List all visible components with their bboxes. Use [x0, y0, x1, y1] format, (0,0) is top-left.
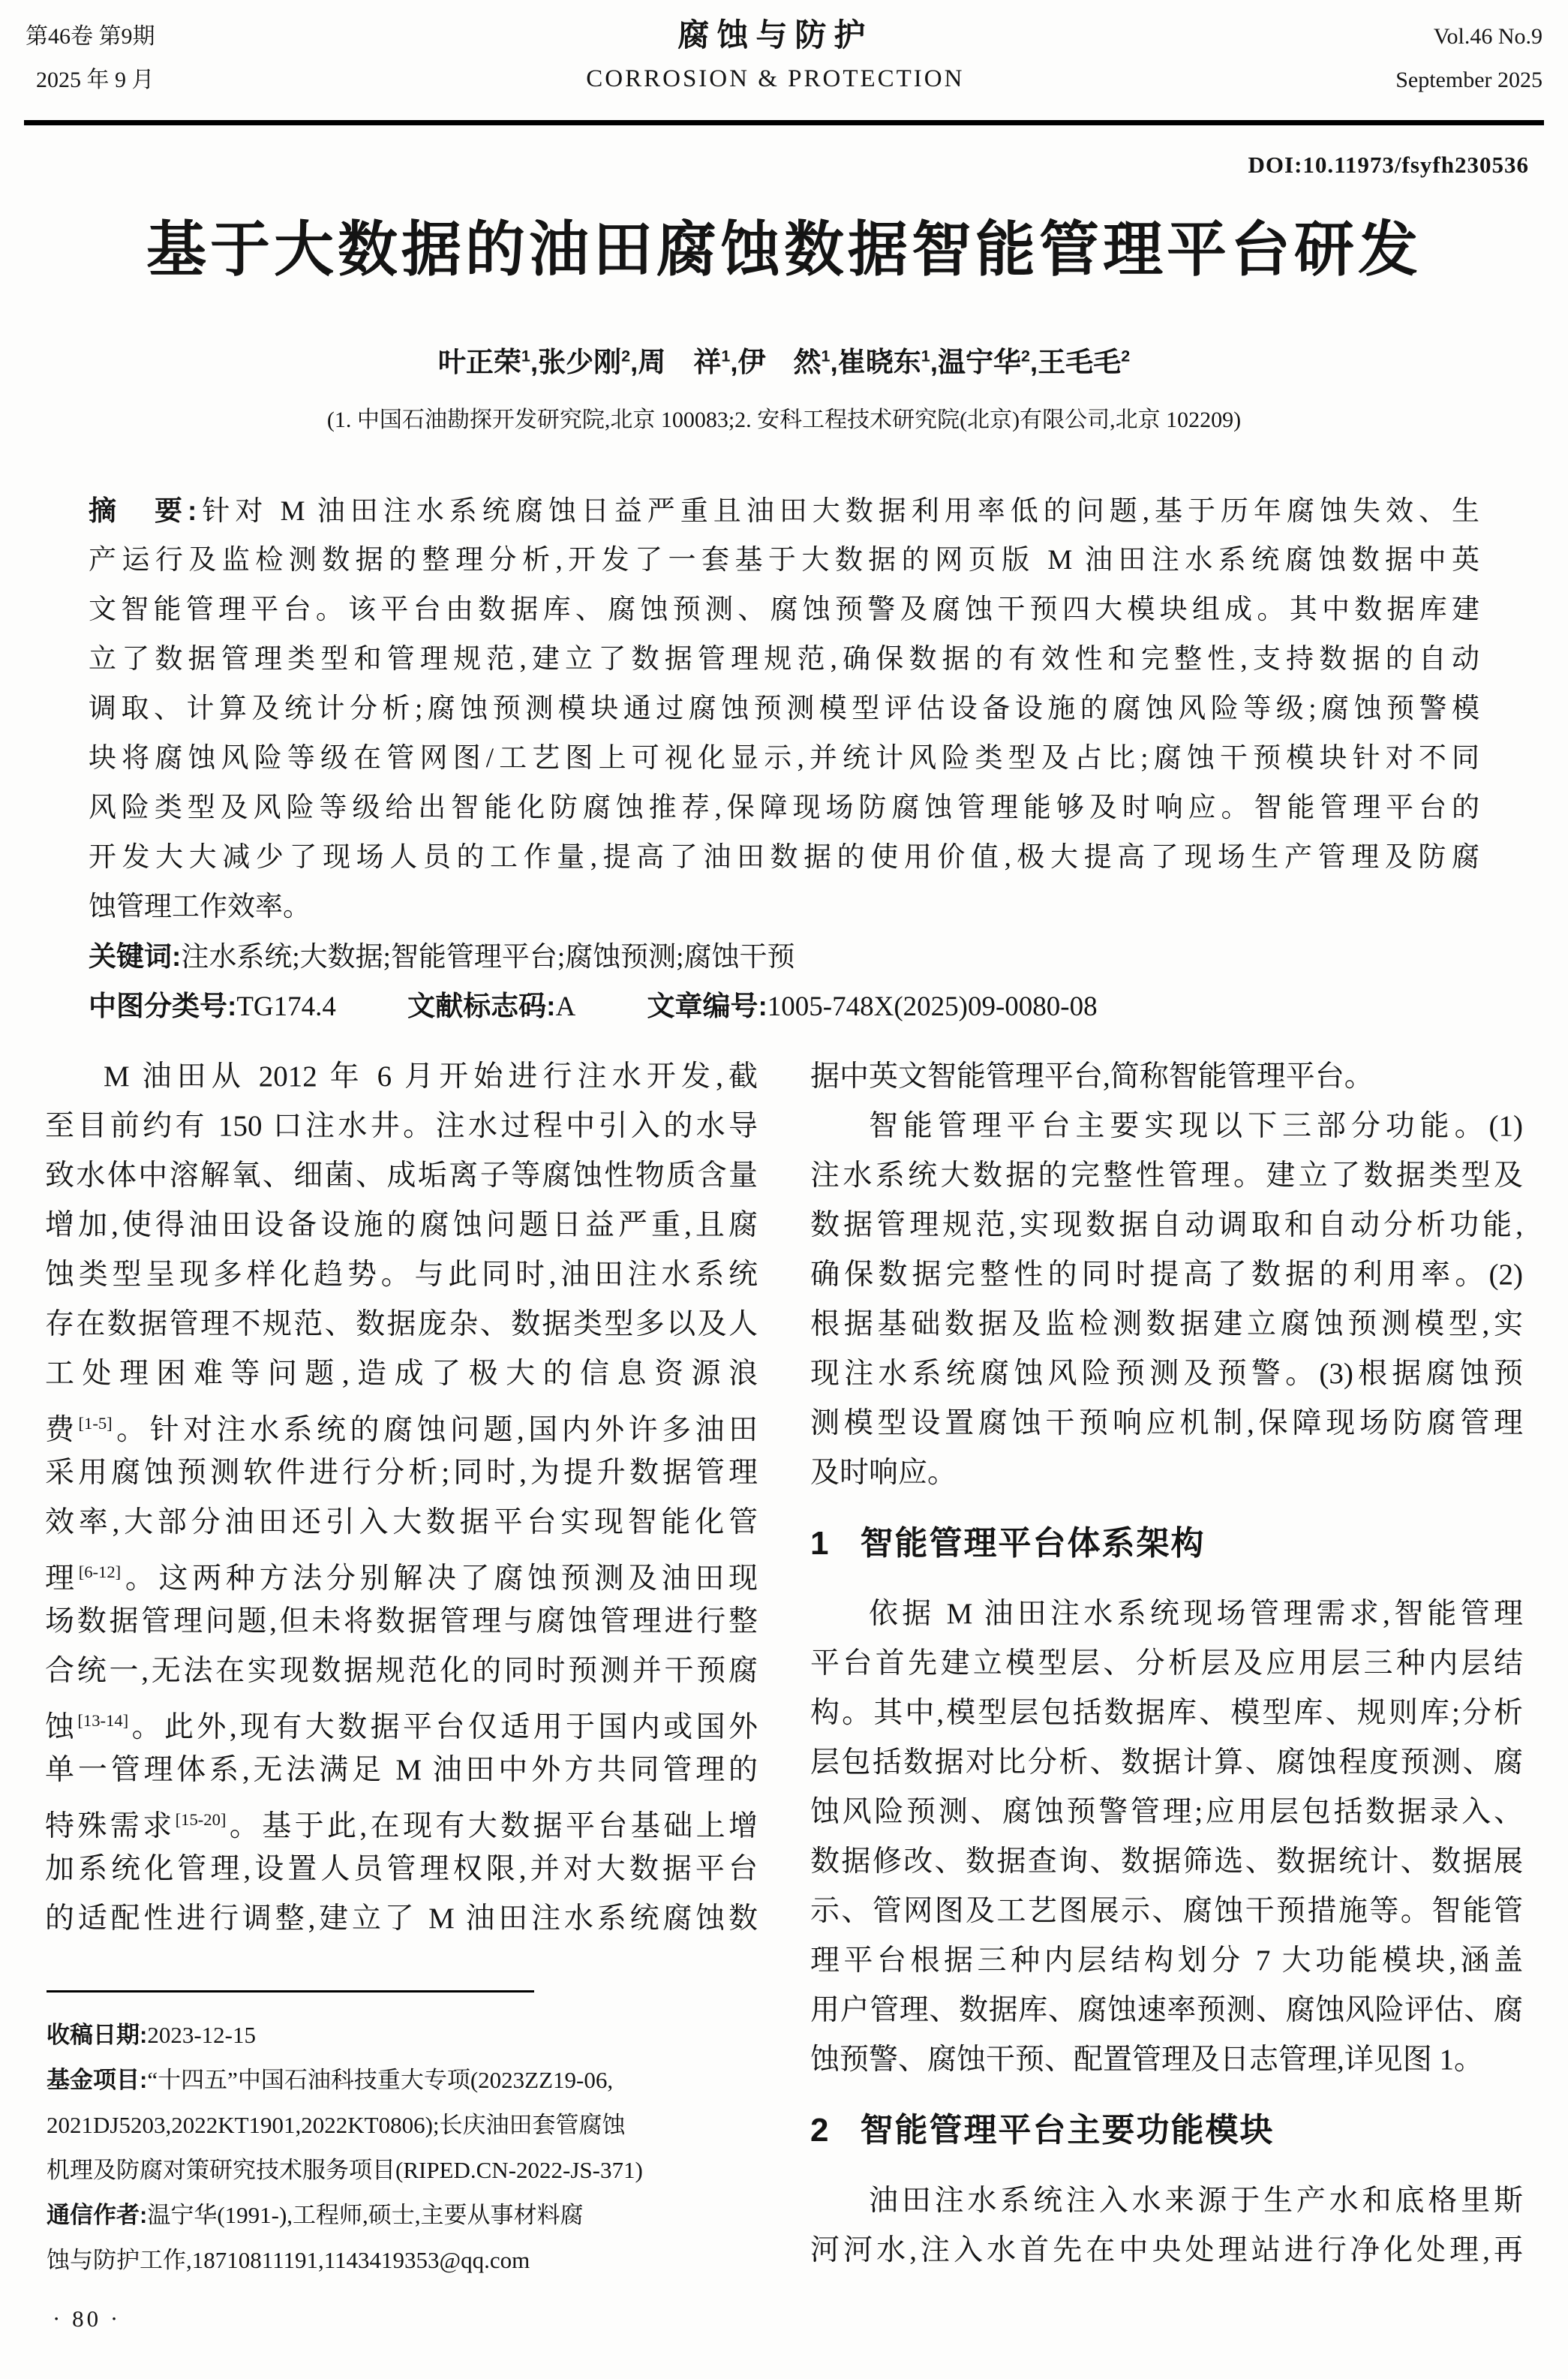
abstract-block: 摘 要:针对 M 油田注水系统腐蚀日益严重且油田大数据利用率低的问题,基于历年腐…	[89, 486, 1479, 932]
field-label: 基金项目:	[47, 2067, 147, 2093]
text-line: 确保数据完整性的同时提高了数据的利用率。(2)	[810, 1250, 1523, 1300]
reference-superscript: [1-5]	[78, 1414, 112, 1433]
text-line: 蚀管理工作效率。	[89, 883, 1479, 932]
text-line: 蚀风险预测、腐蚀预警管理;应用层包括数据录入、	[810, 1788, 1523, 1837]
text-line: 收稿日期:2023-12-15	[47, 2013, 763, 2058]
text-line: 数据修改、数据查询、数据筛选、数据统计、数据展	[810, 1837, 1523, 1887]
keywords-line: 关键词:注水系统;大数据;智能管理平台;腐蚀预测;腐蚀干预	[89, 932, 1479, 982]
section-title: 智能管理平台主要功能模块	[860, 2112, 1274, 2149]
text-line: 存在数据管理不规范、数据庞杂、数据类型多以及人	[45, 1300, 758, 1349]
doc-code-label: 文献标志码:	[407, 991, 555, 1021]
section-heading: 1智能管理平台体系架构	[810, 1517, 1523, 1570]
author-name: 叶正荣	[438, 347, 521, 377]
clc-value: TG174.4	[236, 991, 336, 1022]
author-affiliation-superscript: 2	[1121, 347, 1130, 365]
text-line: 据中英文智能管理平台,简称智能管理平台。	[810, 1052, 1523, 1102]
text-line: 合统一,无法在实现数据规范化的同时预测并干预腐	[45, 1647, 758, 1696]
text-line: 根据基础数据及监检测数据建立腐蚀预测模型,实	[810, 1300, 1523, 1349]
reference-superscript: [6-12]	[79, 1562, 122, 1581]
text-line: 平台首先建立模型层、分析层及应用层三种内层结	[810, 1639, 1523, 1689]
text-line: 蚀预警、腐蚀干预、配置管理及日志管理,详见图 1。	[810, 2035, 1523, 2085]
text-line: 工处理困难等问题,造成了极大的信息资源浪	[45, 1349, 758, 1399]
header-center: 腐蚀与防护 CORROSION & PROTECTION	[586, 15, 964, 101]
text-line: 基金项目:“十四五”中国石油科技重大专项(2023ZZ19-06,	[47, 2058, 763, 2103]
text-line: 2021DJ5203,2022KT1901,2022KT0806);长庆油田套管…	[47, 2103, 763, 2148]
header-rule	[24, 120, 1544, 125]
section-number: 2	[810, 2112, 830, 2149]
clc-label: 中图分类号:	[89, 991, 236, 1021]
author-name: 周 祥	[638, 347, 721, 377]
text-line: 注水系统大数据的完整性管理。建立了数据类型及	[810, 1151, 1523, 1201]
article-id-group: 文章编号:1005-748X(2025)09-0080-08	[647, 991, 1097, 1022]
text-line: M 油田从 2012 年 6 月开始进行注水开发,截	[45, 1052, 758, 1102]
doc-code-group: 文献标志码:A	[407, 991, 575, 1022]
text-line: 蚀[13-14]。此外,现有大数据平台仅适用于国内或国外	[45, 1696, 758, 1746]
body-column-right: 据中英文智能管理平台,简称智能管理平台。智能管理平台主要实现以下三部分功能。(1…	[810, 1052, 1523, 2275]
journal-title-cn: 腐蚀与防护	[586, 15, 964, 57]
author-name: 崔晓东	[838, 347, 921, 377]
text-line: 层包括数据对比分析、数据计算、腐蚀程度预测、腐	[810, 1738, 1523, 1788]
text-line: 现注水系统腐蚀风险预测及预警。(3)根据腐蚀预	[810, 1349, 1523, 1399]
keywords-value: 注水系统;大数据;智能管理平台;腐蚀预测;腐蚀干预	[181, 942, 795, 973]
text-line: 文智能管理平台。该平台由数据库、腐蚀预测、腐蚀预警及腐蚀干预四大模块组成。其中数…	[89, 585, 1479, 635]
footnote-divider	[47, 1990, 534, 1993]
text-line: 蚀与防护工作,18710811191,1143419353@qq.com	[47, 2238, 763, 2283]
text-line: 数据管理规范,实现数据自动调取和自动分析功能,	[810, 1201, 1523, 1250]
text-line: 示、管网图及工艺图展示、腐蚀干预措施等。智能管	[810, 1887, 1523, 1936]
text-line: 单一管理体系,无法满足 M 油田中外方共同管理的	[45, 1746, 758, 1795]
author-name: 温宁华	[938, 347, 1021, 377]
journal-page: 第46卷 第9期 2025 年 9 月 腐蚀与防护 CORROSION & PR…	[0, 0, 1568, 2379]
doi-label: DOI:10.11973/fsyfh230536	[1248, 152, 1530, 179]
text-line: 采用腐蚀预测软件进行分析;同时,为提升数据管理	[45, 1448, 758, 1498]
text-line: 依据 M 油田注水系统现场管理需求,智能管理	[810, 1590, 1523, 1639]
author-affiliation-superscript: 2	[1021, 347, 1030, 365]
text-line: 油田注水系统注入水来源于生产水和底格里斯	[810, 2176, 1523, 2226]
header-right: Vol.46 No.9 September 2025	[1395, 15, 1542, 102]
text-line: 增加,使得油田设备设施的腐蚀问题日益严重,且腐	[45, 1201, 758, 1250]
affiliation: (1. 中国石油勘探开发研究院,北京 100083;2. 安科工程技术研究院(北…	[0, 401, 1568, 434]
date-cn: 2025 年 9 月	[26, 59, 155, 102]
field-label: 通信作者:	[47, 2202, 147, 2228]
author-list: 叶正荣1,张少刚2,周 祥1,伊 然1,崔晓东1,温宁华2,王毛毛2	[0, 339, 1568, 380]
text-line: 调取、计算及统计分析;腐蚀预测模块通过腐蚀预测模型评估设备设施的腐蚀风险等级;腐…	[89, 684, 1479, 734]
section-number: 1	[810, 1525, 830, 1562]
text-line: 特殊需求[15-20]。基于此,在现有大数据平台基础上增	[45, 1795, 758, 1845]
keywords-label: 关键词:	[89, 941, 181, 972]
text-line: 用户管理、数据库、腐蚀速率预测、腐蚀风险评估、腐	[810, 1986, 1523, 2035]
text-line: 理[6-12]。这两种方法分别解决了腐蚀预测及油田现	[45, 1547, 758, 1597]
text-line: 产运行及监检测数据的整理分析,开发了一套基于大数据的网页版 M 油田注水系统腐蚀…	[89, 536, 1479, 585]
text-line: 场数据管理问题,但未将数据管理与腐蚀管理进行整	[45, 1597, 758, 1647]
volume-issue-cn: 第46卷 第9期	[26, 15, 155, 59]
reference-superscript: [13-14]	[77, 1711, 128, 1730]
text-line: 河河水,注入水首先在中央处理站进行净化处理,再	[810, 2226, 1523, 2275]
text-line: 效率,大部分油田还引入大数据平台实现智能化管	[45, 1498, 758, 1547]
author-name: 伊 然	[738, 347, 822, 377]
author-name: 王毛毛	[1038, 347, 1121, 377]
text-line: 及时响应。	[810, 1448, 1523, 1498]
doc-code-value: A	[555, 991, 575, 1022]
text-line: 加系统化管理,设置人员管理权限,并对大数据平台	[45, 1845, 758, 1894]
page-number: · 80 ·	[53, 2305, 121, 2332]
section-title: 智能管理平台体系架构	[860, 1525, 1205, 1562]
volume-issue-en: Vol.46 No.9	[1395, 15, 1542, 59]
section-heading: 2智能管理平台主要功能模块	[810, 2104, 1523, 2157]
text-line: 至目前约有 150 口注水井。注水过程中引入的水导	[45, 1102, 758, 1151]
text-line: 测模型设置腐蚀干预响应机制,保障现场防腐管理	[810, 1399, 1523, 1448]
date-en: September 2025	[1395, 59, 1542, 102]
text-line: 蚀类型呈现多样化趋势。与此同时,油田注水系统	[45, 1250, 758, 1300]
article-id-value: 1005-748X(2025)09-0080-08	[767, 991, 1098, 1022]
body-column-left: M 油田从 2012 年 6 月开始进行注水开发,截至目前约有 150 口注水井…	[45, 1052, 758, 1944]
text-line: 风险类型及风险等级给出智能化防腐蚀推荐,保障现场防腐蚀管理能够及时响应。智能管理…	[89, 783, 1479, 833]
text-line: 块将腐蚀风险等级在管网图/工艺图上可视化显示,并统计风险类型及占比;腐蚀干预模块…	[89, 734, 1479, 783]
reference-superscript: [15-20]	[176, 1810, 227, 1829]
clc-group: 中图分类号:TG174.4	[89, 991, 336, 1022]
journal-title-en: CORROSION & PROTECTION	[586, 57, 964, 101]
text-line: 开发大大减少了现场人员的工作量,提高了油田数据的使用价值,极大提高了现场生产管理…	[89, 833, 1479, 883]
author-affiliation-superscript: 1	[721, 347, 730, 365]
field-label: 收稿日期:	[47, 2022, 147, 2048]
text-line: 费[1-5]。针对注水系统的腐蚀问题,国内外许多油田	[45, 1399, 758, 1448]
text-line: 构。其中,模型层包括数据库、模型库、规则库;分析	[810, 1689, 1523, 1738]
text-line: 摘 要:针对 M 油田注水系统腐蚀日益严重且油田大数据利用率低的问题,基于历年腐…	[89, 486, 1479, 536]
header-left: 第46卷 第9期 2025 年 9 月	[26, 15, 155, 102]
author-affiliation-superscript: 1	[521, 347, 530, 365]
author-affiliation-superscript: 2	[621, 347, 630, 365]
text-line: 的适配性进行调整,建立了 M 油田注水系统腐蚀数	[45, 1894, 758, 1944]
text-line: 理平台根据三种内层结构划分 7 大功能模块,涵盖	[810, 1936, 1523, 1986]
journal-header: 第46卷 第9期 2025 年 9 月 腐蚀与防护 CORROSION & PR…	[26, 15, 1542, 102]
text-line: 致水体中溶解氧、细菌、成垢离子等腐蚀性物质含量	[45, 1151, 758, 1201]
text-line: 通信作者:温宁华(1991-),工程师,硕士,主要从事材料腐	[47, 2193, 763, 2238]
text-line: 智能管理平台主要实现以下三部分功能。(1)	[810, 1102, 1523, 1151]
article-id-label: 文章编号:	[647, 991, 767, 1021]
text-line: 机理及防腐对策研究技术服务项目(RIPED.CN-2022-JS-371)	[47, 2148, 763, 2193]
field-label: 摘 要:	[89, 495, 197, 526]
article-title: 基于大数据的油田腐蚀数据智能管理平台研发	[0, 201, 1568, 287]
author-name: 张少刚	[538, 347, 621, 377]
text-line: 立了数据管理类型和管理规范,建立了数据管理规范,确保数据的有效性和完整性,支持数…	[89, 635, 1479, 684]
footnote-block: 收稿日期:2023-12-15基金项目:“十四五”中国石油科技重大专项(2023…	[47, 2013, 763, 2283]
author-affiliation-superscript: 1	[921, 347, 930, 365]
classification-line: 中图分类号:TG174.4 文献标志码:A 文章编号:1005-748X(202…	[89, 982, 1479, 1031]
author-affiliation-superscript: 1	[822, 347, 831, 365]
